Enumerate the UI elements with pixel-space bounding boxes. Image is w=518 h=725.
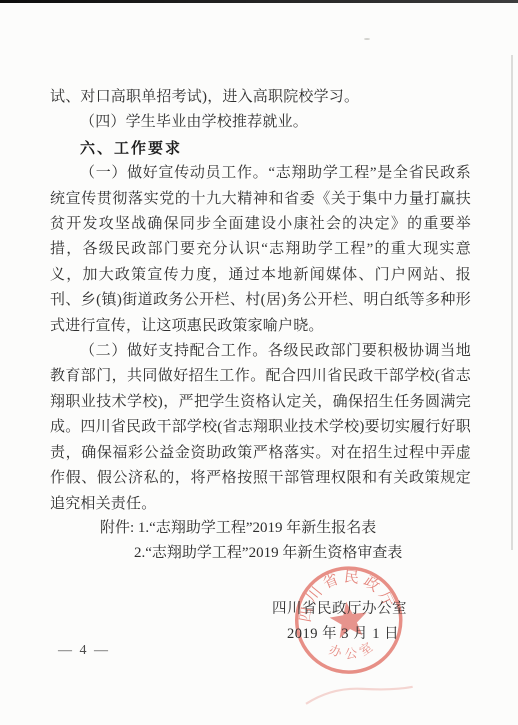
scan-edge-top: [0, 0, 518, 3]
document-page: 试、对口高职单招考试)，进入高职院校学习。 （四）学生毕业由学校推荐就业。 六、…: [0, 0, 518, 725]
paragraph-two: （二）做好支持配合工作。各级民政部门要积极协调当地教育部门，共同做好招生工作。配…: [50, 339, 471, 517]
page-number: — 4 —: [58, 643, 110, 659]
attachment-line-2: 2.“志翔助学工程”2019 年新生资格审查表: [100, 541, 480, 566]
attachment-item-1: 1.“志翔助学工程”2019 年新生报名表: [138, 520, 376, 536]
attachment-label: 附件:: [100, 520, 134, 536]
attachment-item-2: 2.“志翔助学工程”2019 年新生资格审查表: [134, 545, 402, 561]
scan-edge-right: [511, 55, 513, 550]
attachment-list: 附件: 1.“志翔助学工程”2019 年新生报名表 2.“志翔助学工程”2019…: [100, 516, 480, 567]
body-line-continuation: 试、对口高职单招考试)，进入高职院校学习。: [50, 85, 471, 110]
signature-office: 四川省民政厅办公室: [272, 597, 407, 618]
body-line-item-four: （四）学生毕业由学校推荐就业。: [50, 110, 471, 135]
body-text: 试、对口高职单招考试)，进入高职院校学习。 （四）学生毕业由学校推荐就业。 六、…: [50, 85, 471, 517]
signature-date: 2019 年 3 月 1 日: [287, 622, 399, 643]
seal-smudge: [305, 680, 413, 704]
paragraph-one: （一）做好宣传动员工作。“志翔助学工程”是全省民政系统宣传贯彻落实党的十九大精神…: [50, 161, 471, 339]
attachment-line-1: 附件: 1.“志翔助学工程”2019 年新生报名表: [100, 516, 480, 541]
scan-speck: [364, 38, 370, 40]
section-heading: 六、工作要求: [50, 136, 471, 161]
